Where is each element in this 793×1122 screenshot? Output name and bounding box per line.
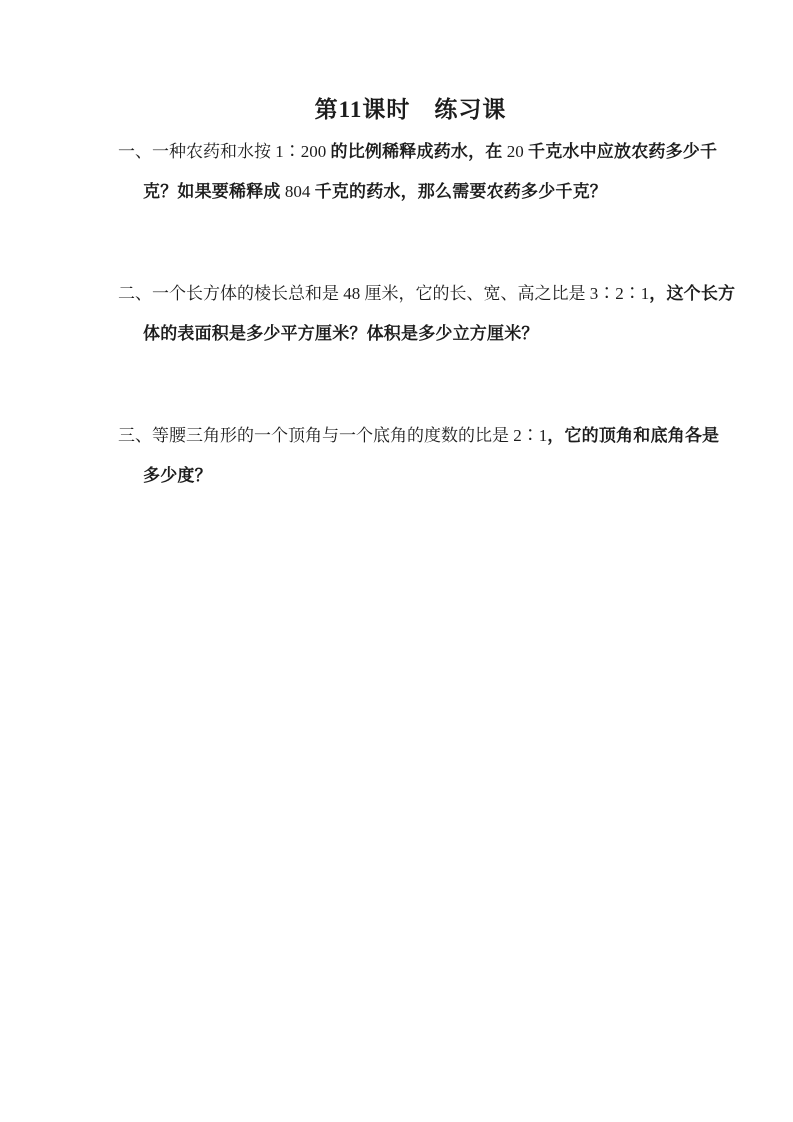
text-segment-heiti: 千克的药水，那么需要农药多少千克？ <box>315 182 607 201</box>
worksheet-page: 第11课时 练习课 一、一种农药和水按 1∶200 的比例稀释成药水，在 20 … <box>0 0 793 1122</box>
text-segment-heiti: 的比例稀释成药水，在 <box>331 142 503 161</box>
text-segment-heiti: 克？如果要稀释成 <box>143 182 281 201</box>
question-line: 二、一个长方体的棱长总和是 48 厘米，它的长、宽、高之比是 3∶2∶1，这个长… <box>118 274 703 314</box>
text-segment-heiti: ，它的顶角和底角各是 <box>547 426 719 445</box>
question-line: 多少度？ <box>118 456 703 496</box>
text-segment-heiti: ，这个长方 <box>649 284 735 303</box>
text-segment-heiti: 体的表面积是多少平方厘米？体积是多少立方厘米？ <box>143 324 539 343</box>
question-line: 一、一种农药和水按 1∶200 的比例稀释成药水，在 20 千克水中应放农药多少… <box>118 132 703 172</box>
question-line: 克？如果要稀释成 804 千克的药水，那么需要农药多少千克？ <box>118 172 703 212</box>
text-segment-songti: 804 <box>281 182 315 201</box>
text-segment-songti: 20 <box>503 142 529 161</box>
worksheet-content: 第11课时 练习课 一、一种农药和水按 1∶200 的比例稀释成药水，在 20 … <box>118 0 703 496</box>
question-line: 三、等腰三角形的一个顶角与一个底角的度数的比是 2∶1，它的顶角和底角各是 <box>118 416 703 456</box>
question-2: 二、一个长方体的棱长总和是 48 厘米，它的长、宽、高之比是 3∶2∶1，这个长… <box>118 274 703 354</box>
page-title: 第11课时 练习课 <box>118 95 703 125</box>
text-segment-heiti: 多少度？ <box>143 466 212 485</box>
text-segment-songti: 一、一种农药和水按 1∶200 <box>118 142 331 161</box>
question-1: 一、一种农药和水按 1∶200 的比例稀释成药水，在 20 千克水中应放农药多少… <box>118 132 703 212</box>
question-3: 三、等腰三角形的一个顶角与一个底角的度数的比是 2∶1，它的顶角和底角各是多少度… <box>118 416 703 496</box>
text-segment-songti: 三、等腰三角形的一个顶角与一个底角的度数的比是 2∶1 <box>118 426 547 445</box>
text-segment-songti: 二、一个长方体的棱长总和是 48 厘米，它的长、宽、高之比是 3∶2∶1 <box>118 284 649 303</box>
question-line: 体的表面积是多少平方厘米？体积是多少立方厘米？ <box>118 314 703 354</box>
text-segment-heiti: 千克水中应放农药多少千 <box>528 142 717 161</box>
